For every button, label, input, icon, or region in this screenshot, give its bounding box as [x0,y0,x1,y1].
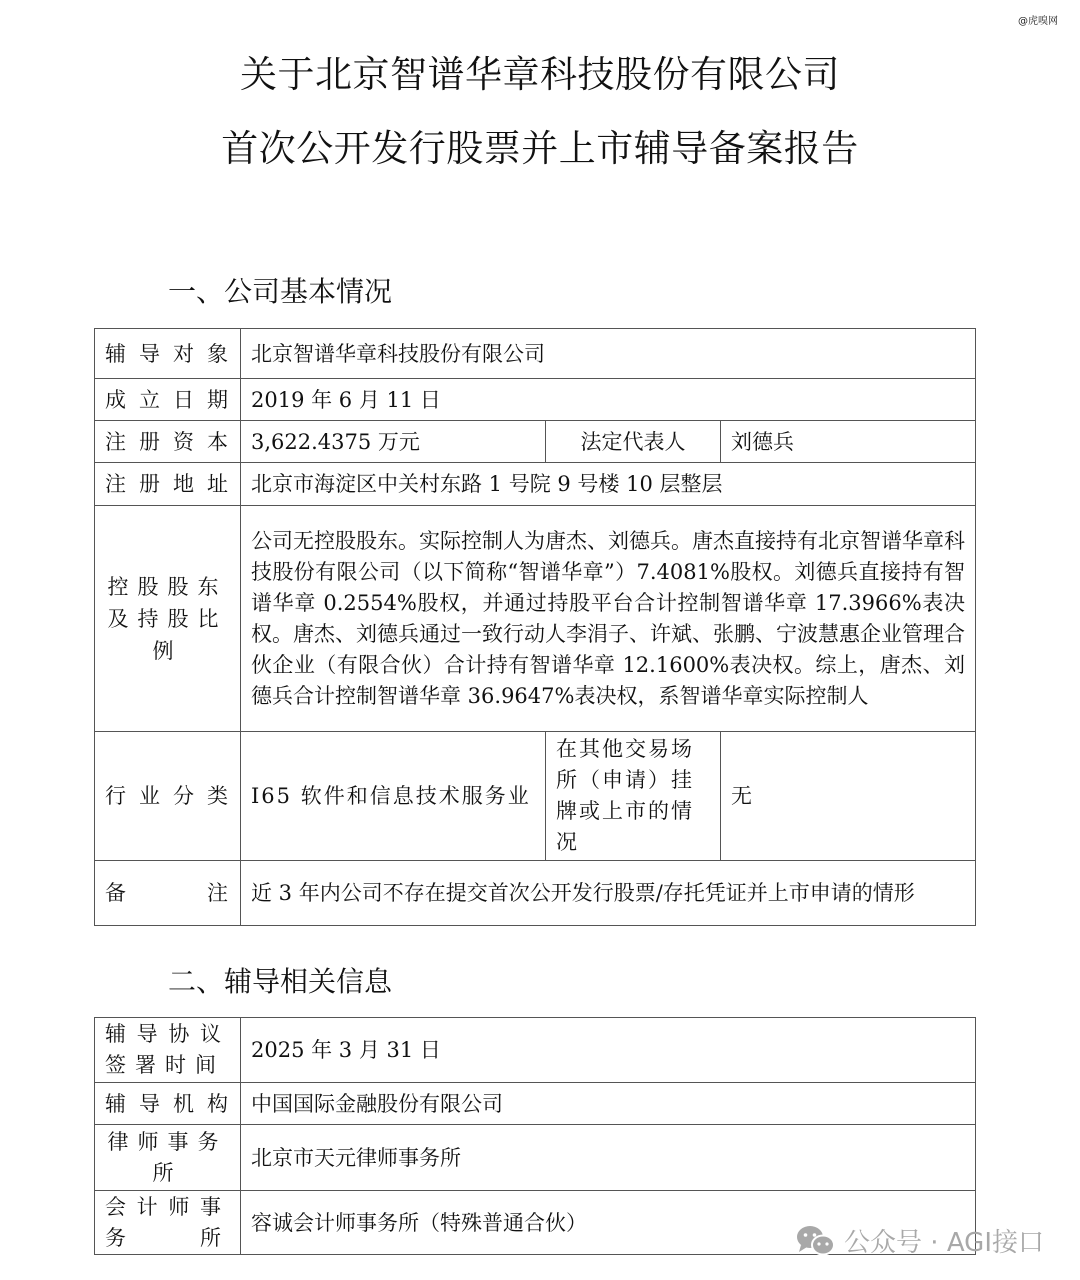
label-accounting-firm: 会计师事务所 [95,1191,241,1255]
value-established: 2019 年 6 月 11 日 [241,379,976,421]
table-row-industry: 行业分类 I65 软件和信息技术服务业 在其他交易场所（申请）挂牌或上市的情况 … [95,732,976,861]
label-law-firm: 律师事务所 [95,1125,241,1191]
value-target: 北京智谱华章科技股份有限公司 [241,329,976,379]
value-institution: 中国国际金融股份有限公司 [241,1083,976,1125]
value-remarks: 近 3 年内公司不存在提交首次公开发行股票/存托凭证并上市申请的情形 [241,861,976,926]
document-title-line1: 关于北京智谱华章科技股份有限公司 [0,44,1080,98]
table-row-capital: 注册资本 3,622.4375 万元 法定代表人 刘德兵 [95,421,976,463]
label-target: 辅导对象 [95,329,241,379]
section1-heading: 一、公司基本情况 [168,270,392,310]
label-established: 成立日期 [95,379,241,421]
table-row-institution: 辅导机构 中国国际金融股份有限公司 [95,1083,976,1125]
value-capital: 3,622.4375 万元 [241,421,546,463]
section2-heading: 二、辅导相关信息 [168,960,392,1000]
table-row-target: 辅导对象 北京智谱华章科技股份有限公司 [95,329,976,379]
label-address: 注册地址 [95,463,241,506]
label-shareholders: 控股股东及持股比例 [95,506,241,732]
value-other-listing: 无 [721,732,976,861]
table-row-address: 注册地址 北京市海淀区中关村东路 1 号院 9 号楼 10 层整层 [95,463,976,506]
label-agreement-date: 辅导协议签署时间 [95,1018,241,1083]
value-address: 北京市海淀区中关村东路 1 号院 9 号楼 10 层整层 [241,463,976,506]
table-row-shareholders: 控股股东及持股比例 公司无控股股东。实际控制人为唐杰、刘德兵。唐杰直接持有北京智… [95,506,976,732]
table-row-remarks: 备注 近 3 年内公司不存在提交首次公开发行股票/存托凭证并上市申请的情形 [95,861,976,926]
watermark-text: 公众号 · AGI接口 [844,1222,1044,1259]
label-legal-rep: 法定代表人 [546,421,721,463]
label-other-listing: 在其他交易场所（申请）挂牌或上市的情况 [546,732,721,861]
table-row-established: 成立日期 2019 年 6 月 11 日 [95,379,976,421]
document-title-line2: 首次公开发行股票并上市辅导备案报告 [0,118,1080,172]
corner-watermark: @虎嗅网 [1018,12,1058,27]
company-info-table: 辅导对象 北京智谱华章科技股份有限公司 成立日期 2019 年 6 月 11 日… [94,328,976,926]
value-industry: I65 软件和信息技术服务业 [241,732,546,861]
wechat-icon [796,1225,836,1257]
label-capital: 注册资本 [95,421,241,463]
table-row-agreement-date: 辅导协议签署时间 2025 年 3 月 31 日 [95,1018,976,1083]
label-institution: 辅导机构 [95,1083,241,1125]
value-agreement-date: 2025 年 3 月 31 日 [241,1018,976,1083]
tutoring-info-table: 辅导协议签署时间 2025 年 3 月 31 日 辅导机构 中国国际金融股份有限… [94,1017,976,1255]
value-legal-rep: 刘德兵 [721,421,976,463]
table-row-law-firm: 律师事务所 北京市天元律师事务所 [95,1125,976,1191]
label-remarks: 备注 [95,861,241,926]
wechat-watermark: 公众号 · AGI接口 [796,1222,1044,1259]
label-industry: 行业分类 [95,732,241,861]
value-law-firm: 北京市天元律师事务所 [241,1125,976,1191]
value-shareholders: 公司无控股股东。实际控制人为唐杰、刘德兵。唐杰直接持有北京智谱华章科技股份有限公… [241,506,976,732]
